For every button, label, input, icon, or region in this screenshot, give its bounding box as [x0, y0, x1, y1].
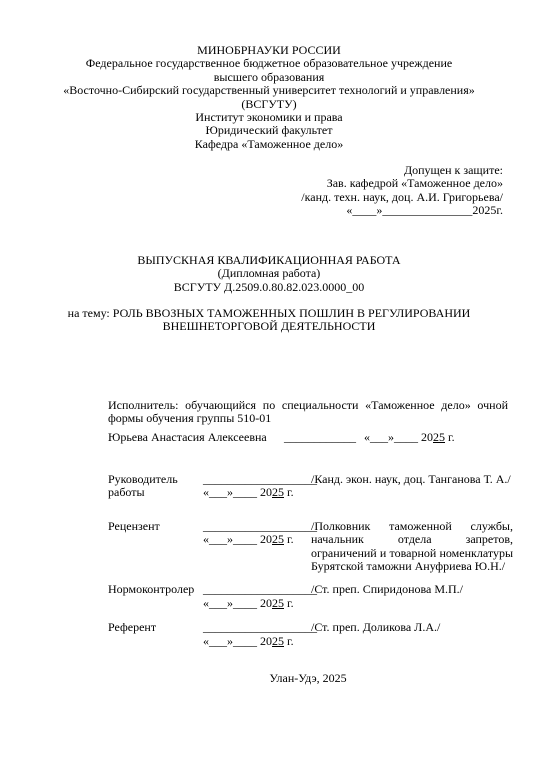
date-suffix: г. [284, 596, 294, 610]
role-line-1: Рецензент [108, 520, 199, 533]
date-year: 25 [433, 430, 445, 444]
date-year: 25 [272, 485, 284, 499]
executor-signature-line: ____________ [284, 431, 356, 444]
signatory-row-norm-controller: Нормоконтролер ___________________ «___»… [108, 583, 513, 610]
signatory-role: Нормоконтролер [108, 583, 203, 610]
signature-line: ___________________ [203, 621, 311, 634]
date-prefix: «___»____ 20 [203, 485, 272, 499]
date-prefix: «___»____ 20 [203, 532, 272, 546]
header-line-institute: Институт экономики и права [35, 111, 503, 124]
work-title: ВЫПУСКНАЯ КВАЛИФИКАЦИОННАЯ РАБОТА [35, 254, 503, 267]
signatory-signature-area: ___________________ «___»____ 2025 г. [203, 621, 311, 648]
date-stub: «___»____ 2025 г. [203, 635, 311, 648]
header-line-department: Кафедра «Таможенное дело» [35, 138, 503, 151]
signatory-credentials: /Полковник таможенной службы, начальник … [311, 520, 513, 574]
date-prefix: «___»____ 20 [203, 596, 272, 610]
date-prefix: «___»____ 20 [203, 634, 272, 648]
header-line-institution: Федеральное государственное бюджетное об… [35, 57, 503, 70]
date-suffix: г. [284, 634, 294, 648]
approval-block: Допущен к защите: Зав. кафедрой «Таможен… [301, 164, 503, 218]
work-code: ВСГУТУ Д.2509.0.80.82.023.0000_00 [35, 281, 503, 294]
signatory-credentials: /Канд. экон. наук, доц. Танганова Т. А./ [311, 473, 513, 500]
executor-name: Юрьева Анастасия Алексеевна [108, 431, 284, 444]
signatory-role: Руководитель работы [108, 473, 203, 500]
topic-block: на тему: РОЛЬ ВВОЗНЫХ ТАМОЖЕННЫХ ПОШЛИН … [35, 307, 503, 334]
role-line-1: Руководитель [108, 473, 199, 486]
signatory-role: Рецензент [108, 520, 203, 574]
approval-line-admitted: Допущен к защите: [301, 164, 503, 177]
header-line-ministry: МИНОБРНАУКИ РОССИИ [35, 44, 503, 57]
date-stub: «___»____ 2025 г. [203, 486, 311, 499]
signatory-credentials: /Ст. преп. Доликова Л.А./ [311, 621, 513, 648]
approval-line-head-of-department: Зав. кафедрой «Таможенное дело» [301, 177, 503, 190]
signatory-row-referent: Референт ___________________ «___»____ 2… [108, 621, 513, 648]
topic-line-2: ВНЕШНЕТОРГОВОЙ ДЕЯТЕЛЬНОСТИ [35, 320, 503, 333]
date-year: 25 [272, 634, 284, 648]
role-line-1: Нормоконтролер [108, 583, 199, 596]
signatories-block: Руководитель работы ___________________ … [108, 473, 513, 648]
signatory-signature-area: ___________________ «___»____ 2025 г. [203, 473, 311, 500]
signature-line: ___________________ [203, 583, 311, 596]
header-line-university: «Восточно-Сибирский государственный унив… [35, 84, 503, 97]
signatory-credentials: /Ст. преп. Спиридонова М.П./ [311, 583, 513, 610]
signatory-row-reviewer: Рецензент ___________________ «___»____ … [108, 520, 513, 574]
signatory-role: Референт [108, 621, 203, 648]
date-stub: «___»____ 2025 г. [203, 597, 311, 610]
signatory-signature-area: ___________________ «___»____ 2025 г. [203, 520, 311, 574]
date-prefix: «___»____ 20 [364, 430, 433, 444]
executor-date-stub: «___»____ 2025 г. [364, 431, 455, 444]
signature-line: ___________________ [203, 473, 311, 486]
thesis-title-page: МИНОБРНАУКИ РОССИИ Федеральное государст… [0, 0, 545, 771]
approval-line-head-name: /канд. техн. наук, доц. А.И. Григорьева/ [301, 191, 503, 204]
date-year: 25 [272, 532, 284, 546]
date-year: 25 [272, 596, 284, 610]
role-line-1: Референт [108, 621, 199, 634]
date-suffix: г. [284, 485, 294, 499]
signature-line: ___________________ [203, 520, 311, 533]
executor-signature-row: Юрьева Анастасия Алексеевна ____________… [108, 431, 508, 444]
work-subtitle: (Дипломная работа) [35, 267, 503, 280]
ministry-header-block: МИНОБРНАУКИ РОССИИ Федеральное государст… [35, 44, 503, 151]
topic-line-1: на тему: РОЛЬ ВВОЗНЫХ ТАМОЖЕННЫХ ПОШЛИН … [35, 307, 503, 320]
header-line-education-level: высшего образования [35, 71, 503, 84]
work-title-block: ВЫПУСКНАЯ КВАЛИФИКАЦИОННАЯ РАБОТА (Дипло… [35, 254, 503, 294]
header-line-faculty: Юридический факультет [35, 124, 503, 137]
date-stub: «___»____ 2025 г. [203, 533, 311, 546]
executor-paragraph: Исполнитель: обучающийся по специальност… [108, 399, 508, 426]
role-line-2: работы [108, 486, 199, 499]
date-suffix: г. [445, 430, 455, 444]
approval-line-date-stub: «____»_______________2025г. [301, 204, 503, 217]
signatory-row-supervisor: Руководитель работы ___________________ … [108, 473, 513, 500]
city-year-footer: Улан-Удэ, 2025 [108, 672, 508, 685]
executor-block: Исполнитель: обучающийся по специальност… [108, 399, 508, 444]
date-suffix: г. [284, 532, 294, 546]
signatory-signature-area: ___________________ «___»____ 2025 г. [203, 583, 311, 610]
header-line-university-abbr: (ВСГУТУ) [35, 98, 503, 111]
